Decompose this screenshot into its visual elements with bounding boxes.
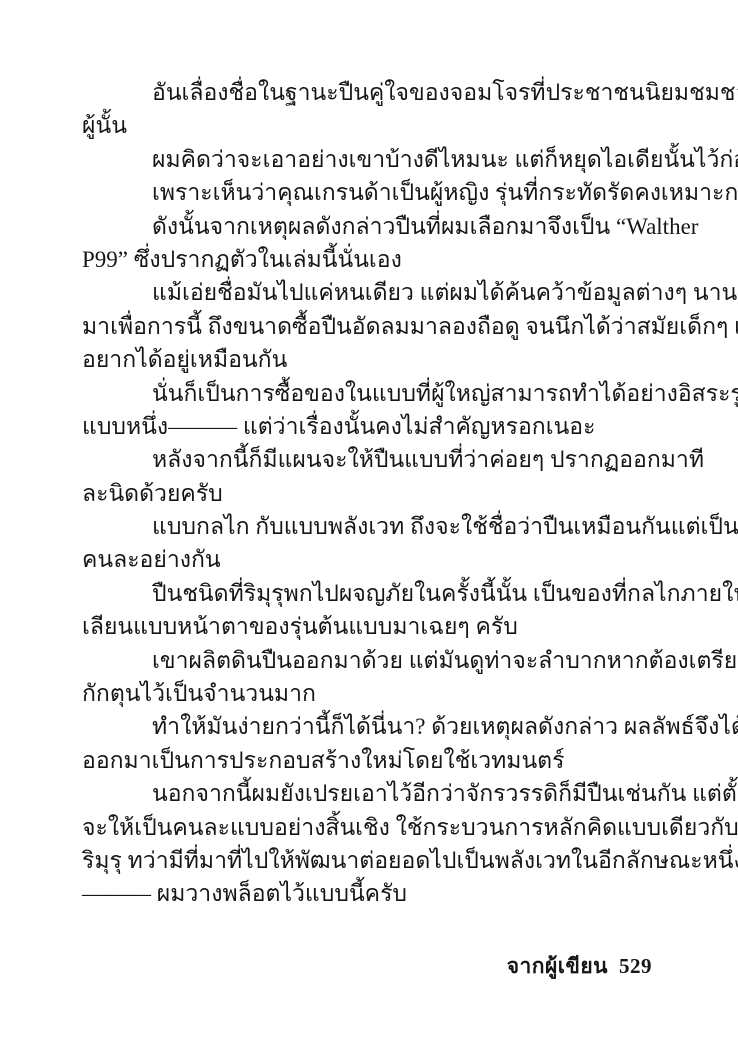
text-line: แม้เอ่ยชื่อมันไปแค่หนเดียว แต่ผมได้ค้นคว… (82, 276, 658, 309)
text-line: แบบหนึ่ง——— แต่ว่าเรื่องนั้นคงไม่สำคัญหร… (82, 410, 658, 443)
text-line: มาเพื่อการนี้ ถึงขนาดซื้อปืนอัดลมมาลองถื… (82, 310, 658, 343)
text-line: จะให้เป็นคนละแบบอย่างสิ้นเชิง ใช้กระบวนก… (82, 811, 658, 844)
text-line: เขาผลิตดินปืนออกมาด้วย แต่มันดูท่าจะลำบา… (82, 644, 658, 677)
text-line: คนละอย่างกัน (82, 543, 658, 576)
text-line: เลียนแบบหน้าตาของรุ่นต้นแบบมาเฉยๆ ครับ (82, 610, 658, 643)
text-line: ผมคิดว่าจะเอาอย่างเขาบ้างดีไหมนะ แต่ก็หย… (82, 143, 658, 176)
text-line: ออกมาเป็นการประกอบสร้างใหม่โดยใช้เวทมนตร… (82, 744, 658, 777)
text-line: ——— ผมวางพล็อตไว้แบบนี้ครับ (82, 877, 658, 910)
footer-section-label: จากผู้เขียน (507, 954, 608, 978)
text-line: นอกจากนี้ผมยังเปรยเอาไว้อีกว่าจักรวรรดิก… (82, 777, 658, 810)
text-line: แบบกลไก กับแบบพลังเวท ถึงจะใช้ชื่อว่าปืน… (82, 510, 658, 543)
afterword-text-block: อันเลื่องชื่อในฐานะปืนคู่ใจของจอมโจรที่ป… (82, 76, 658, 911)
text-line: ทำให้มันง่ายกว่านี้ก็ได้นี่นา? ด้วยเหตุผ… (82, 710, 658, 743)
book-page: อันเลื่องชื่อในฐานะปืนคู่ใจของจอมโจรที่ป… (0, 0, 738, 1051)
page-footer: จากผู้เขียน529 (507, 950, 652, 983)
page-number: 529 (619, 954, 652, 978)
text-line: อันเลื่องชื่อในฐานะปืนคู่ใจของจอมโจรที่ป… (82, 76, 658, 109)
text-line: P99” ซึ่งปรากฏตัวในเล่มนี้นั่นเอง (82, 243, 658, 276)
text-line: เพราะเห็นว่าคุณเกรนด้าเป็นผู้หญิง รุ่นที… (82, 176, 658, 209)
text-line: ละนิดด้วยครับ (82, 477, 658, 510)
text-line: ปืนชนิดที่ริมุรุพกไปผจญภัยในครั้งนี้นั้น… (82, 577, 658, 610)
text-line: หลังจากนี้ก็มีแผนจะให้ปืนแบบที่ว่าค่อยๆ … (82, 443, 658, 476)
text-line: นั่นก็เป็นการซื้อของในแบบที่ผู้ใหญ่สามาร… (82, 377, 658, 410)
text-line: อยากได้อยู่เหมือนกัน (82, 343, 658, 376)
text-line: ผู้นั้น (82, 109, 658, 142)
text-line: กักตุนไว้เป็นจำนวนมาก (82, 677, 658, 710)
text-line: ดังนั้นจากเหตุผลดังกล่าวปืนที่ผมเลือกมาจ… (82, 210, 658, 243)
text-line: ริมุรุ ทว่ามีที่มาที่ไปให้พัฒนาต่อยอดไปเ… (82, 844, 658, 877)
